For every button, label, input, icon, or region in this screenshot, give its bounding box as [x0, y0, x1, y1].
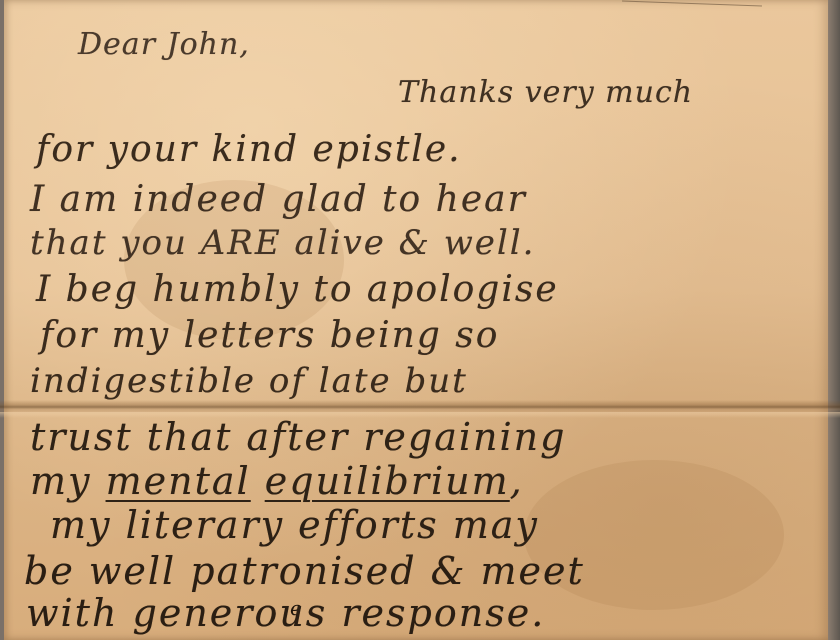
letter-line: with generous response. — [26, 594, 545, 632]
letter-line: my literary efforts may — [50, 506, 539, 544]
underlined-word: mental — [106, 459, 251, 503]
underlined-word: equilibrium — [265, 459, 510, 503]
text-segment: my — [30, 459, 106, 503]
letter-greeting: Dear John, — [78, 30, 250, 60]
background-table-right — [828, 0, 840, 640]
letter-line: indigestible of late but — [30, 364, 468, 398]
letter-line: trust that after regaining — [30, 418, 566, 456]
letter-line: for my letters being so — [40, 318, 499, 354]
letter-line: I beg humbly to apologise — [36, 272, 559, 308]
letter-line-underlined: my mental equilibrium, — [30, 462, 524, 500]
letter-line: Thanks very much — [398, 78, 693, 108]
letter-line: that you ARE alive & well. — [30, 226, 535, 260]
text-segment: , — [510, 459, 524, 503]
letter-line: I am indeed glad to hear — [30, 182, 527, 218]
letter-line: be well patronised & meet — [24, 552, 585, 590]
text-segment — [251, 459, 265, 503]
letter-line: for your kind epistle. — [36, 132, 462, 168]
